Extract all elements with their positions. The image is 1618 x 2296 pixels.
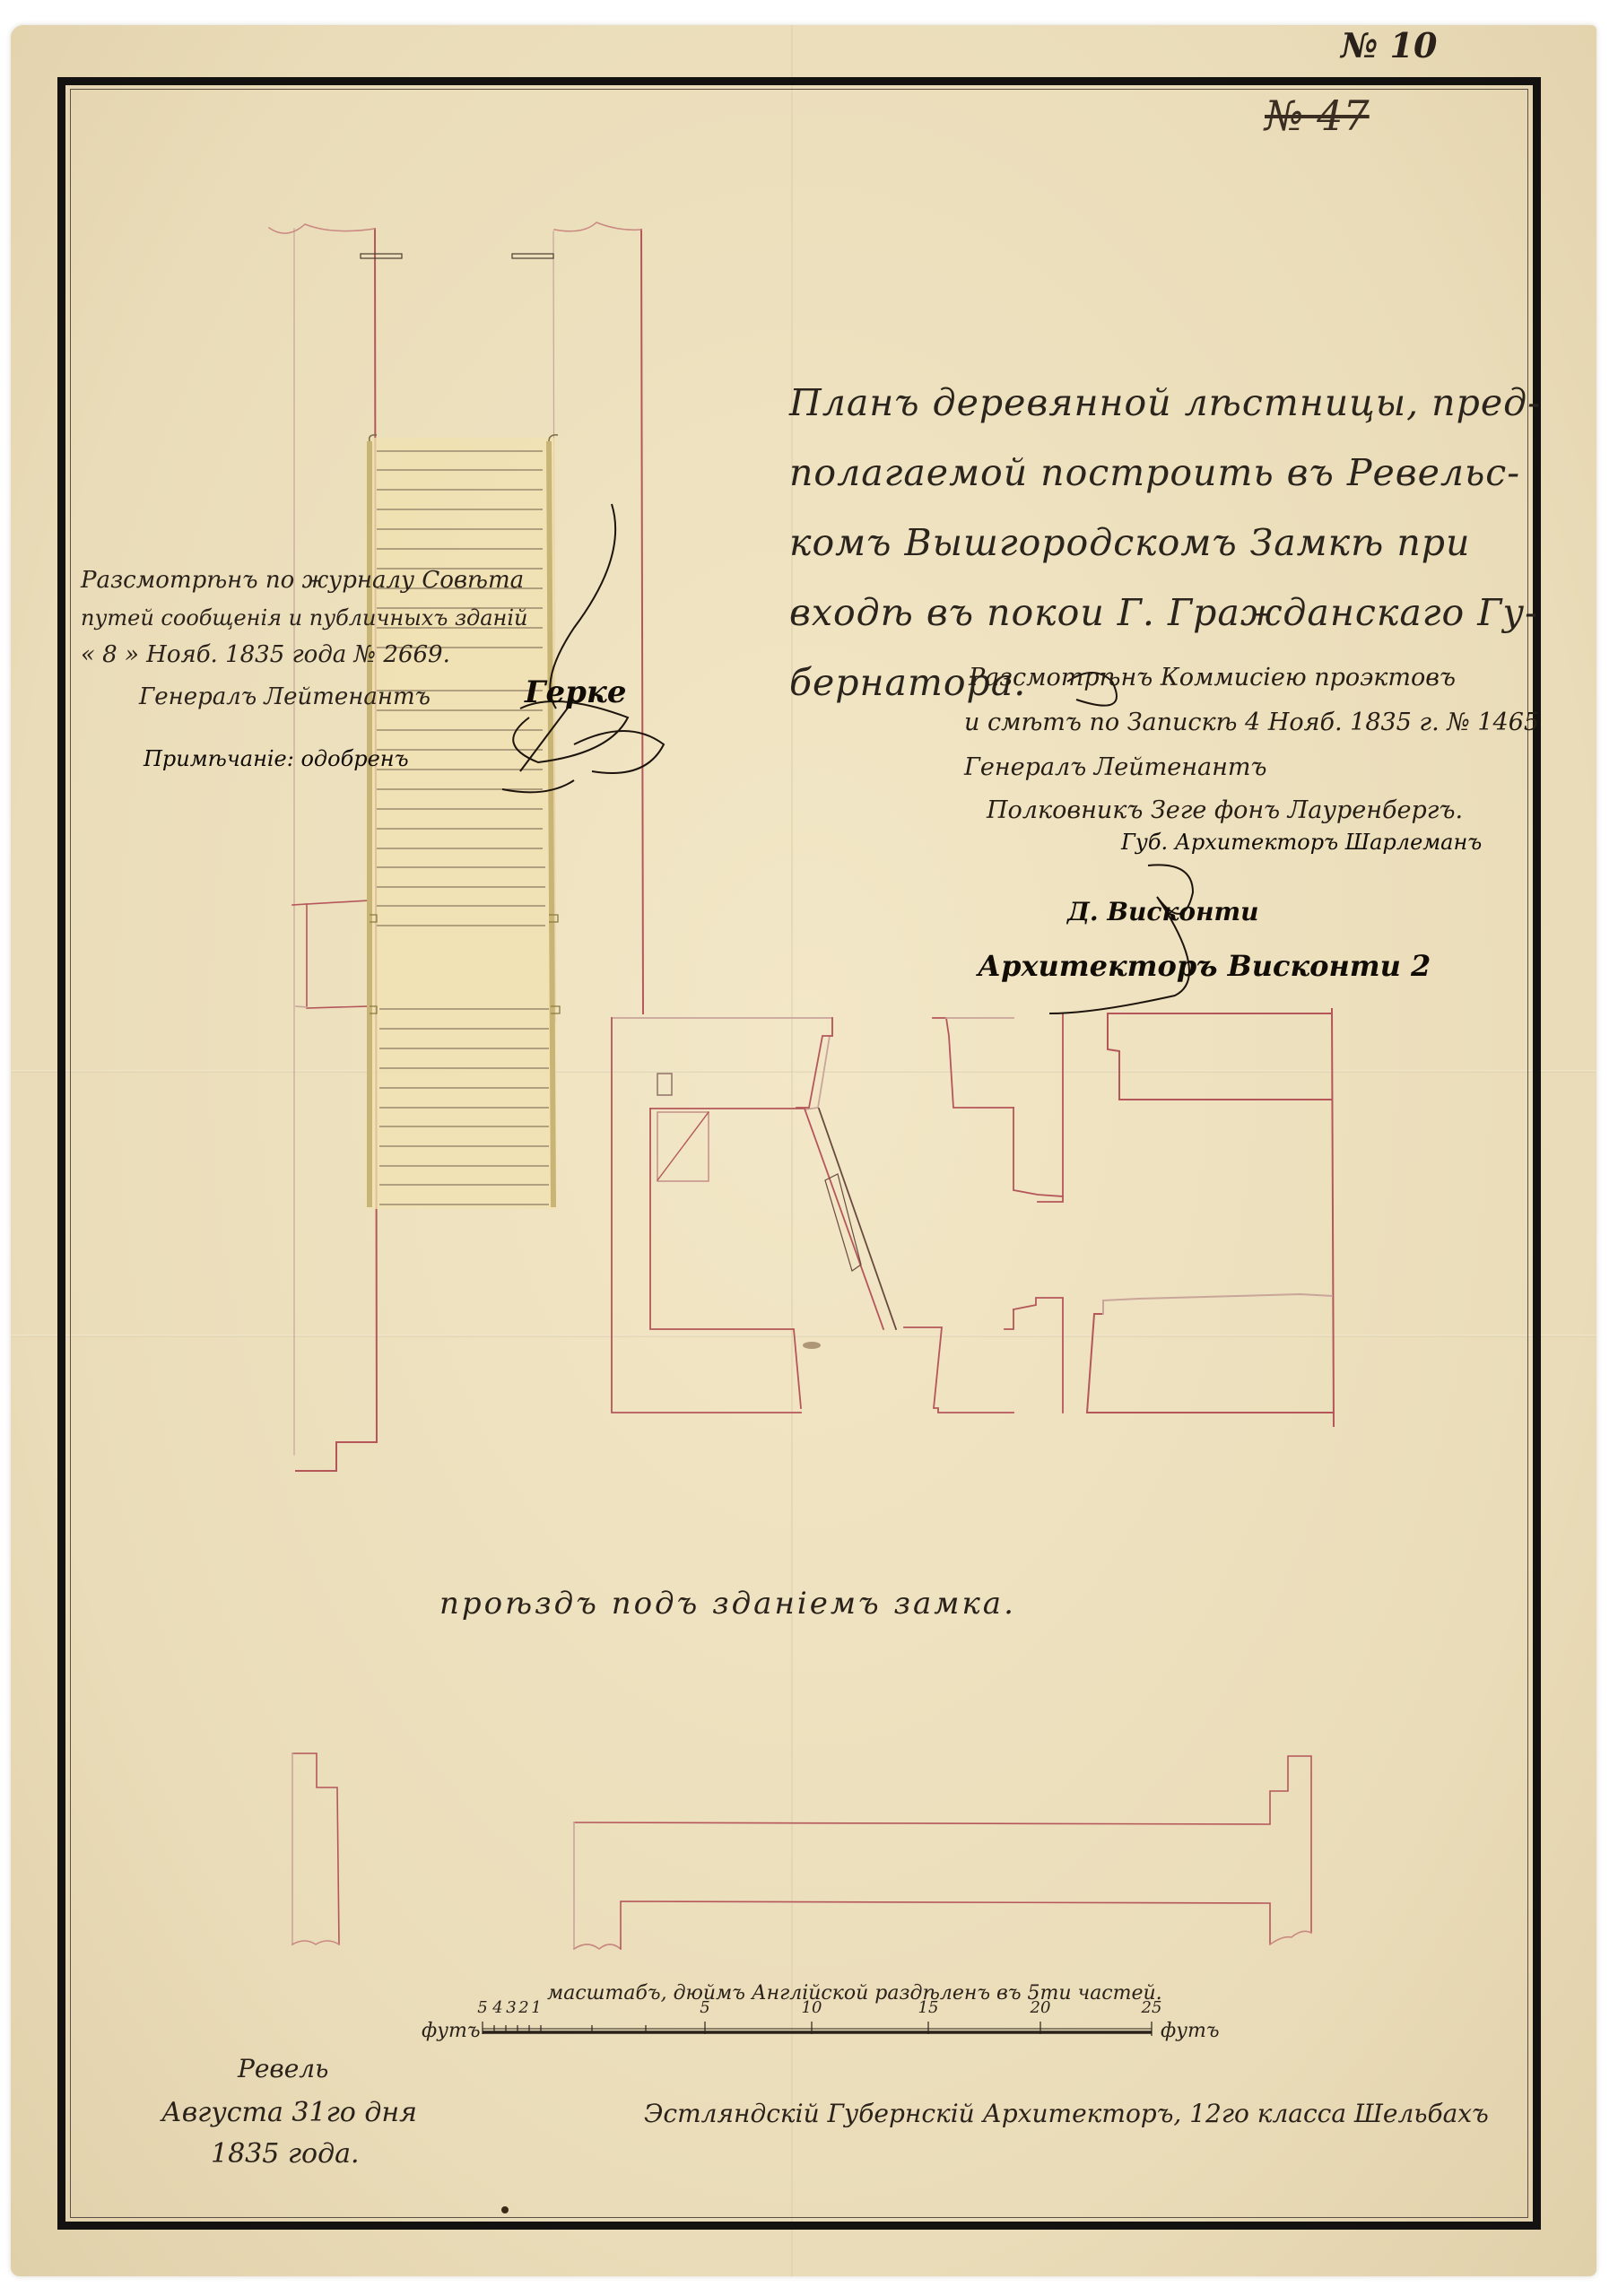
tick-label: 5 — [477, 1998, 487, 2017]
tick-label: 4 — [492, 1998, 502, 2017]
signature-charlemagne: Губ. Архитекторъ Шарлеманъ — [1121, 830, 1482, 855]
bottom-wall-left — [292, 1753, 339, 1944]
annotation-line: Генералъ Лейтенантъ — [139, 683, 431, 710]
scale-bar — [483, 2022, 1152, 2036]
left-projection — [292, 900, 370, 1008]
date-line: Августа 31го дня — [161, 2097, 417, 2128]
annotation-line: « 8 » Нояб. 1835 года № 2669. — [81, 641, 450, 668]
annotation-note: Примѣчанiе: одобренъ — [144, 746, 409, 771]
tick-label: 5 — [700, 1998, 709, 2017]
signature-visconti: Д. Висконти — [1067, 897, 1259, 926]
scale-title: масштабъ, дюймъ Англiйской раздѣленъ въ … — [547, 1982, 1162, 2005]
place-line: Ревель — [238, 2054, 328, 2083]
tick-label: 1 — [531, 1998, 541, 2017]
year-line: 1835 года. — [211, 2138, 360, 2170]
plan-drawing — [0, 0, 1618, 2296]
wooden-staircase — [370, 435, 560, 1209]
passage-label: проѣздъ подъ зданiемъ замка. — [439, 1586, 1016, 1622]
tick-label: 3 — [506, 1998, 516, 2017]
tick-label: 25 — [1142, 1998, 1162, 2017]
building-plan — [612, 1013, 1063, 1413]
ink-stain — [803, 1342, 821, 1349]
annotation-line: путей сообщенiя и публичныхъ зданiй — [81, 605, 528, 631]
annotation-line: Разсмотрѣнъ по журналу Совѣта — [81, 567, 524, 594]
ink-dot — [501, 2206, 509, 2213]
tick-label: 2 — [518, 1998, 528, 2017]
title-line: входѣ въ покои Г. Гражданскаго Гу- — [789, 578, 1507, 648]
tick-label: 15 — [918, 1998, 939, 2017]
review-line: и смѣтъ по Запискѣ 4 Нояб. 1835 г. № 146… — [964, 709, 1539, 736]
bottom-wall-right — [574, 1756, 1311, 1949]
signature-gerke: Герке — [525, 674, 627, 710]
tick-label: 10 — [802, 1998, 822, 2017]
tick-label: 20 — [1031, 1998, 1051, 2017]
review-line: Полковникъ Зеге фонъ Лауренбергъ. — [987, 796, 1463, 824]
scale-unit-right: футъ — [1161, 2020, 1220, 2042]
scale-unit-left: футъ — [422, 2020, 481, 2042]
room-with-stair — [657, 1074, 709, 1181]
title-line: комъ Вышгородскомъ Замкѣ при — [789, 508, 1507, 578]
left-wall — [269, 224, 377, 1471]
title-line: Планъ деревянной лѣстницы, пред- — [789, 368, 1507, 438]
right-wall — [553, 222, 643, 1022]
signature-architect: Архитекторъ Висконти 2 — [978, 949, 1431, 983]
review-line: Разсмотрѣнъ Коммисiею проэктовъ — [969, 664, 1456, 691]
right-outer-wall — [1087, 1009, 1334, 1426]
door-stops — [361, 254, 553, 258]
review-line: Генералъ Лейтенантъ — [964, 753, 1267, 781]
author-signature-line: Эстляндскiй Губернскiй Архитекторъ, 12го… — [644, 2099, 1489, 2128]
title-line: полагаемой построить въ Ревельс- — [789, 438, 1507, 508]
